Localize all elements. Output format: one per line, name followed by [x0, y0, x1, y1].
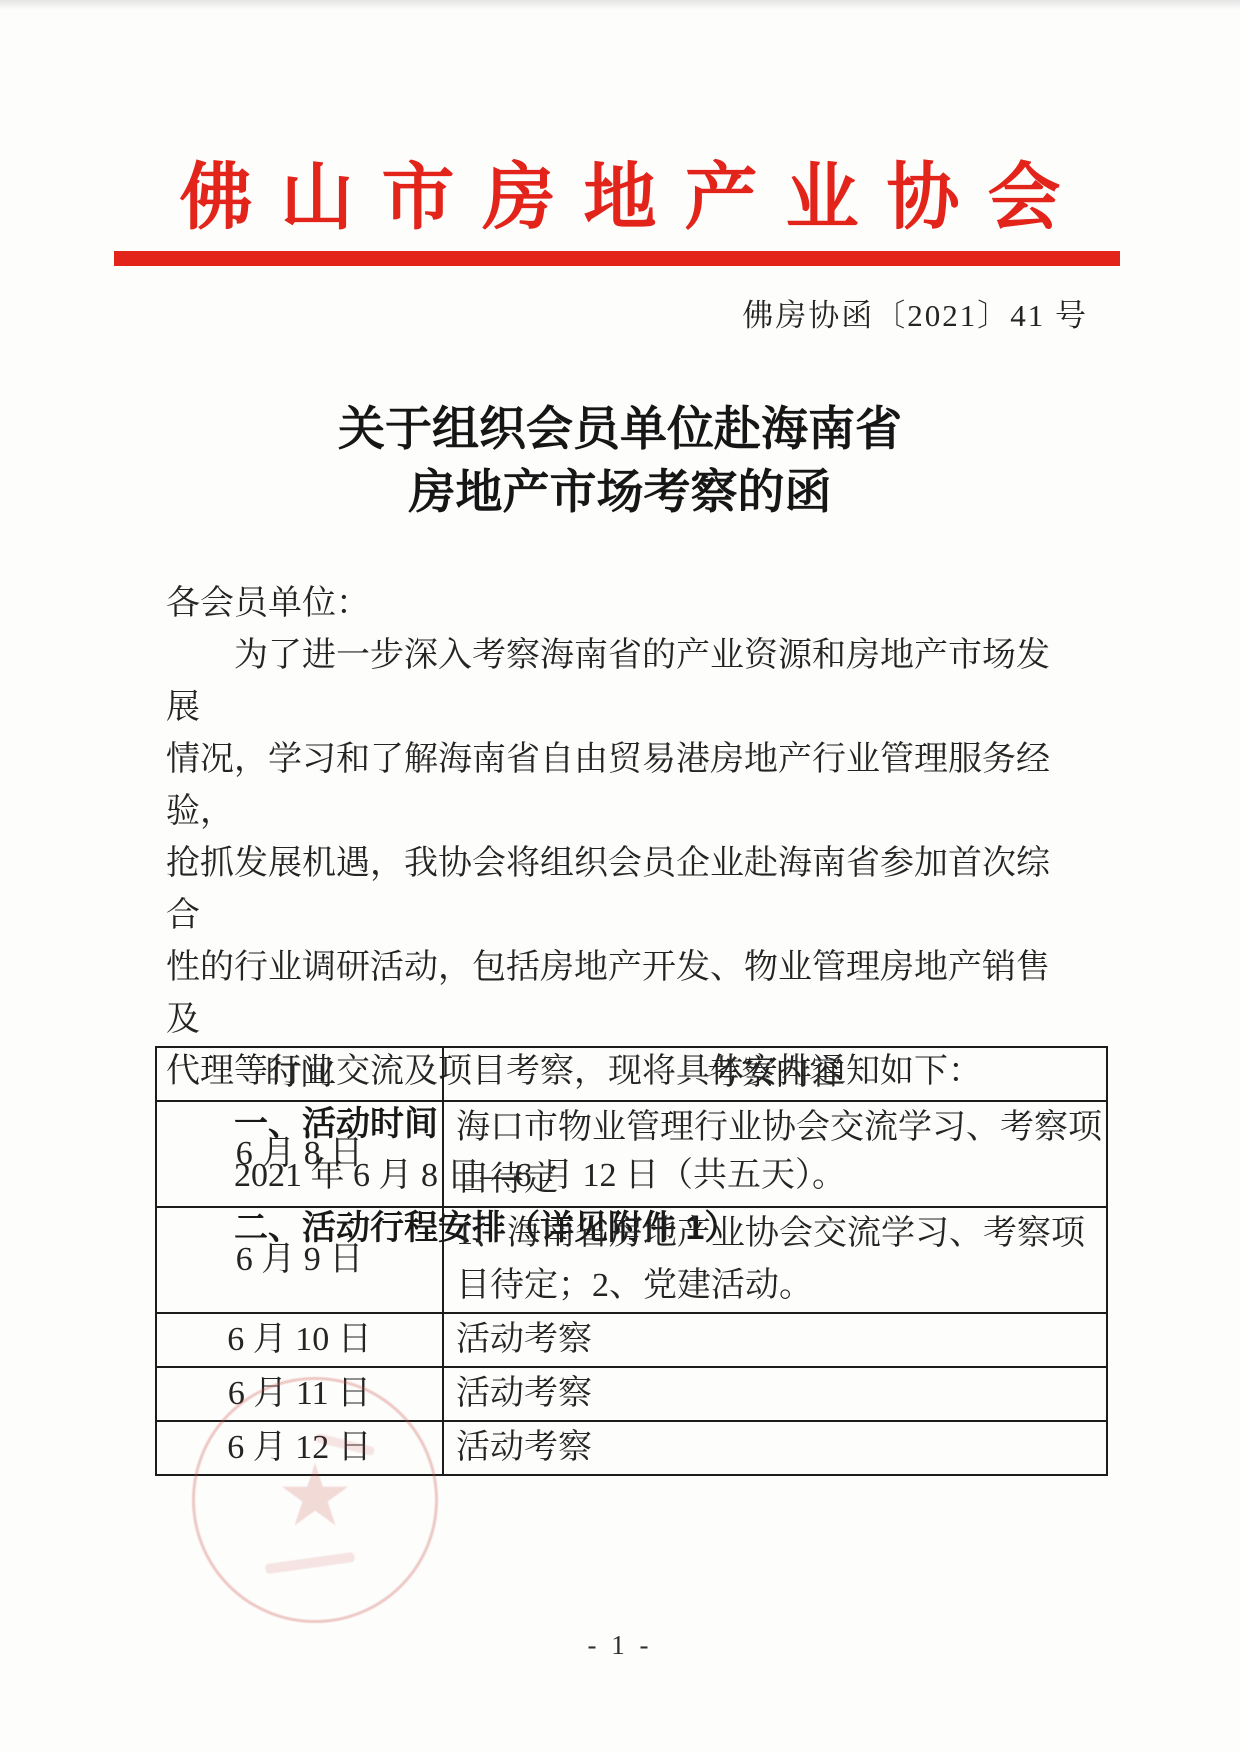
date-cell: 6 月 12 日	[156, 1421, 443, 1475]
date-cell: 6 月 10 日	[156, 1313, 443, 1367]
document-title-line2: 房地产市场考察的函	[0, 462, 1240, 525]
content-cell: 1、海南省房地产业协会交流学习、考察项目待定；2、党建活动。	[443, 1207, 1107, 1313]
schedule-table: 时间 考察内容 6 月 8 日 海口市物业管理行业协会交流学习、考察项目待定 6…	[155, 1046, 1108, 1476]
org-title: 佛山市房地产业协会	[0, 160, 1240, 237]
paragraph-line: 情况，学习和了解海南省自由贸易港房地产行业管理服务经验，	[166, 734, 1080, 838]
doc-number: 佛房协函〔2021〕41 号	[742, 290, 1088, 335]
table-row: 6 月 10 日 活动考察	[156, 1313, 1107, 1367]
date-cell: 6 月 11 日	[156, 1367, 443, 1421]
table-row: 6 月 9 日 1、海南省房地产业协会交流学习、考察项目待定；2、党建活动。	[156, 1207, 1107, 1313]
content-cell: 活动考察	[443, 1367, 1107, 1421]
table-row: 6 月 11 日 活动考察	[156, 1367, 1107, 1421]
date-cell: 6 月 8 日	[156, 1101, 443, 1207]
paragraph-line: 为了进一步深入考察海南省的产业资源和房地产市场发展	[166, 630, 1080, 734]
table-header-content: 考察内容	[443, 1047, 1107, 1101]
table-header-time: 时间	[156, 1047, 443, 1101]
seal-mark	[265, 1552, 356, 1574]
table-row: 6 月 8 日 海口市物业管理行业协会交流学习、考察项目待定	[156, 1101, 1107, 1207]
paragraph-line: 抢抓发展机遇，我协会将组织会员企业赴海南省参加首次综合	[166, 838, 1080, 942]
table-header-row: 时间 考察内容	[156, 1047, 1107, 1101]
page-number: - 1 -	[0, 1630, 1240, 1661]
document-page: 佛山市房地产业协会 佛房协函〔2021〕41 号 关于组织会员单位赴海南省 房地…	[0, 0, 1240, 1752]
content-cell: 活动考察	[443, 1421, 1107, 1475]
content-cell: 活动考察	[443, 1313, 1107, 1367]
document-title: 关于组织会员单位赴海南省 房地产市场考察的函	[0, 399, 1240, 525]
red-divider-line	[114, 251, 1120, 266]
date-cell: 6 月 9 日	[156, 1207, 443, 1313]
paragraph-line: 性的行业调研活动，包括房地产开发、物业管理房地产销售及	[166, 942, 1080, 1046]
document-title-line1: 关于组织会员单位赴海南省	[0, 399, 1240, 462]
content-cell: 海口市物业管理行业协会交流学习、考察项目待定	[443, 1101, 1107, 1207]
table-row: 6 月 12 日 活动考察	[156, 1421, 1107, 1475]
salutation: 各会员单位：	[166, 578, 1080, 630]
